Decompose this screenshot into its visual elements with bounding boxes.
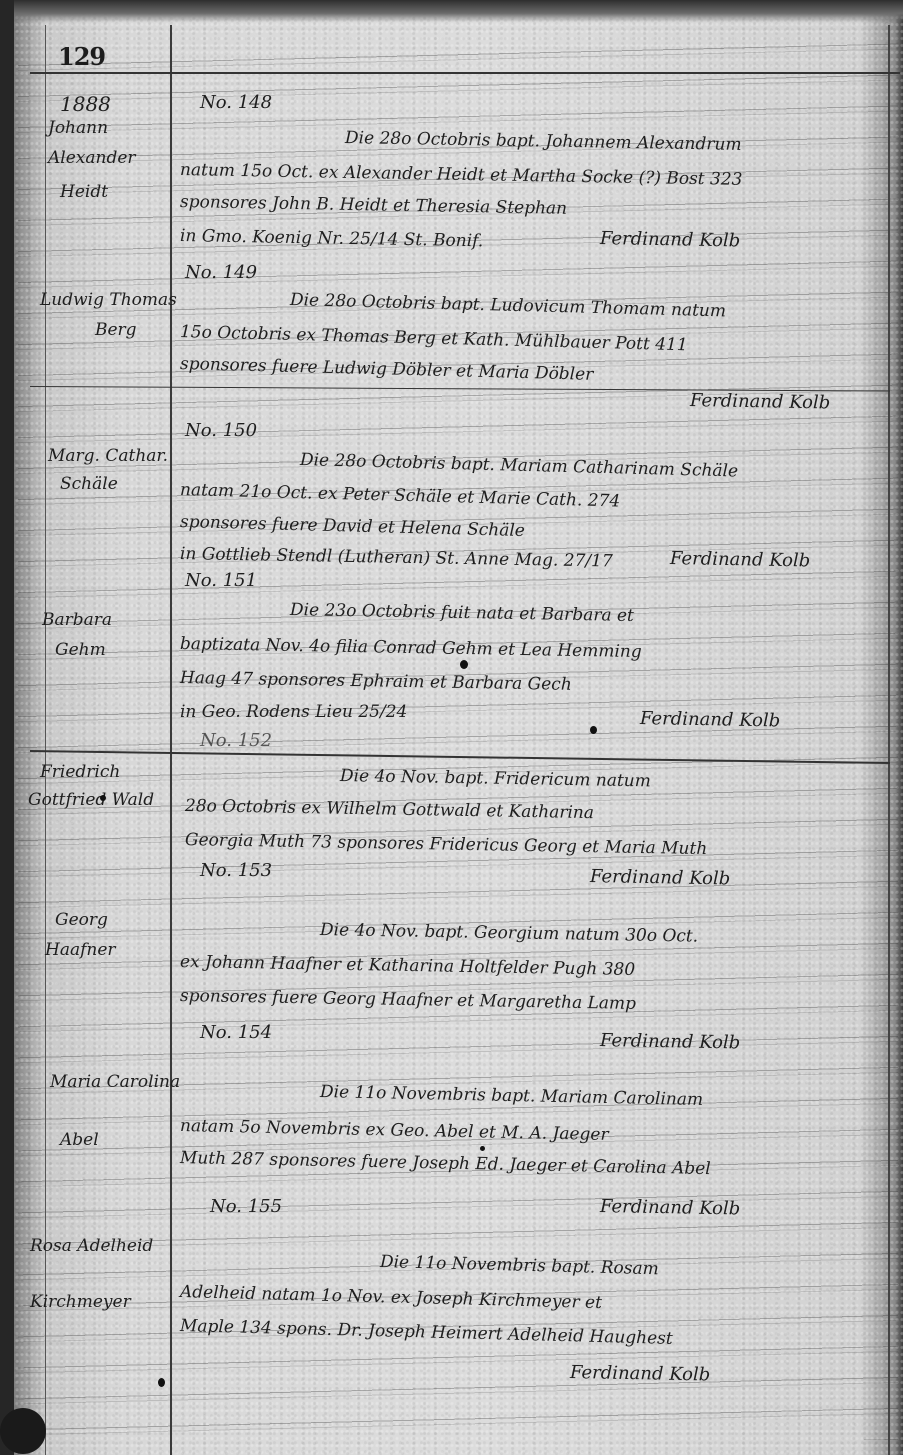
- ink-blot: [460, 660, 468, 669]
- priest-signature: Ferdinand Kolb: [600, 228, 741, 251]
- margin-name: Haafner: [45, 940, 116, 960]
- entry-number: No. 148: [200, 92, 272, 113]
- margin-name: Ludwig Thomas: [40, 290, 177, 310]
- margin-rule-names: [170, 25, 172, 1455]
- margin-name: Schäle: [60, 474, 118, 494]
- header-rule: [30, 72, 900, 74]
- register-year: 1888: [60, 92, 111, 116]
- entry-number: No. 150: [185, 420, 257, 441]
- entry-number: No. 154: [200, 1022, 272, 1043]
- entry-number: No. 153: [200, 860, 272, 881]
- margin-name: Alexander: [48, 148, 136, 168]
- margin-name: Maria Carolina: [50, 1072, 180, 1092]
- margin-name: Abel: [60, 1130, 99, 1150]
- scanned-register-page: 129 1888 No. 148 Johann Alexander Heidt …: [0, 0, 903, 1455]
- margin-name: Marg. Cathar.: [48, 446, 168, 466]
- ink-blot: [480, 1146, 485, 1151]
- book-spine-edge: [0, 0, 14, 1455]
- margin-name: Friedrich: [40, 762, 120, 782]
- entry-number: No. 149: [185, 262, 257, 283]
- margin-name: Kirchmeyer: [30, 1292, 131, 1312]
- margin-name: Rosa Adelheid: [30, 1236, 153, 1256]
- margin-name: Heidt: [60, 182, 108, 202]
- margin-name: Gottfried Wald: [28, 790, 154, 810]
- page-number: 129: [58, 42, 105, 71]
- margin-rule-right: [888, 25, 890, 1455]
- ink-blot: [590, 726, 597, 734]
- entry-number: No. 151: [185, 570, 257, 591]
- priest-signature: Ferdinand Kolb: [690, 390, 831, 413]
- ink-blot: [100, 795, 106, 801]
- ink-blot: [158, 1378, 165, 1387]
- priest-signature: Ferdinand Kolb: [590, 866, 731, 889]
- margin-name: Johann: [48, 118, 108, 138]
- binding-hole: [0, 1408, 46, 1454]
- margin-name: Berg: [95, 320, 137, 340]
- priest-signature: Ferdinand Kolb: [670, 548, 811, 571]
- margin-name: Gehm: [55, 640, 106, 660]
- priest-signature: Ferdinand Kolb: [640, 708, 781, 731]
- entry-text-line: in Geo. Rodens Lieu 25/24: [180, 702, 407, 722]
- entry-number: No. 152: [200, 730, 272, 751]
- margin-name: Barbara: [42, 610, 112, 630]
- priest-signature: Ferdinand Kolb: [600, 1196, 741, 1219]
- priest-signature: Ferdinand Kolb: [570, 1362, 711, 1385]
- scan-top-shadow: [0, 0, 903, 22]
- entry-number: No. 155: [210, 1196, 282, 1217]
- margin-name: Georg: [55, 910, 108, 930]
- priest-signature: Ferdinand Kolb: [600, 1030, 741, 1053]
